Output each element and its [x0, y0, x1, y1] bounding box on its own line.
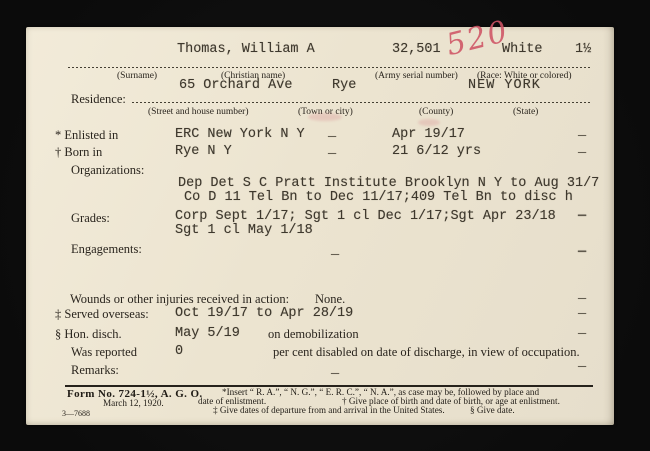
disability-note: per cent disabled on date of discharge, … — [273, 346, 580, 359]
army-serial-number: 32,501 — [392, 43, 441, 57]
soldier-name: Thomas, William A — [177, 43, 315, 57]
was-reported-label: Was reported — [71, 346, 137, 359]
born-mid-dash: — — [328, 148, 336, 162]
organizations-line2: Co D 11 Tel Bn to Dec 11/17;409 Tel Bn t… — [184, 191, 573, 205]
grades-end-dash: — — [578, 210, 586, 224]
enlisted-label: * Enlisted in — [55, 129, 118, 142]
remarks-mid-dash: — — [331, 368, 339, 382]
grades-line2: Sgt 1 cl May 1/18 — [175, 224, 313, 238]
corner-fraction: 1½ — [575, 43, 591, 57]
race-value: White — [502, 43, 543, 57]
organizations-line1: Dep Det S C Pratt Institute Brooklyn N Y… — [178, 177, 599, 191]
hon-disch-value: May 5/19 — [175, 327, 240, 341]
enlisted-mid-dash: — — [328, 131, 336, 145]
county-label: (County) — [419, 107, 453, 117]
state-label: (State) — [513, 107, 538, 117]
footnote-line5: § Give date. — [470, 406, 515, 416]
remarks-end-dash: — — [578, 361, 586, 375]
served-overseas-value: Oct 19/17 to Apr 28/19 — [175, 307, 353, 321]
hon-disch-note: on demobilization — [268, 328, 359, 341]
grades-label: Grades: — [71, 212, 110, 225]
surname-label: (Surname) — [117, 71, 157, 81]
residence-label: Residence: — [71, 93, 126, 106]
enlisted-date: Apr 19/17 — [392, 128, 465, 142]
remarks-label: Remarks: — [71, 364, 119, 377]
footnote-line4: ‡ Give dates of departure from and arriv… — [213, 406, 445, 416]
grades-line1: Corp Sept 1/17; Sgt 1 cl Dec 1/17;Sgt Ap… — [175, 210, 556, 224]
residence-dotted-rule — [132, 102, 592, 104]
header-dotted-rule — [68, 67, 592, 69]
born-date: 21 6/12 yrs — [392, 145, 481, 159]
served-overseas-end-dash: — — [578, 308, 586, 322]
wounds-value: None. — [315, 293, 345, 306]
residence-town-value: Rye — [332, 79, 356, 93]
residence-state-value: NEW YORK — [468, 79, 541, 93]
wounds-label: Wounds or other injuries received in act… — [70, 293, 289, 306]
engagements-label: Engagements: — [71, 243, 142, 256]
engagements-mid-dash: — — [331, 249, 339, 263]
street-label: (Street and house number) — [148, 107, 249, 117]
hon-disch-label: § Hon. disch. — [55, 328, 122, 341]
engagements-end-dash: — — [578, 246, 586, 260]
service-record-card: Thomas, William A 32,501 520 White 1½ (S… — [26, 27, 614, 425]
enlisted-end-dash: — — [578, 130, 586, 144]
born-value: Rye N Y — [175, 145, 232, 159]
born-end-dash: — — [578, 147, 586, 161]
wounds-end-dash: — — [578, 293, 586, 307]
organizations-label: Organizations: — [71, 164, 144, 177]
hon-disch-end-dash: — — [578, 328, 586, 342]
army-serial-label: (Army serial number) — [375, 71, 458, 81]
born-label: † Born in — [55, 146, 102, 159]
red-smudge — [418, 119, 440, 126]
served-overseas-label: ‡ Served overseas: — [55, 308, 149, 321]
print-code: 3—7688 — [62, 409, 90, 418]
form-date: March 12, 1920. — [103, 399, 164, 409]
red-smudge — [308, 113, 342, 121]
disability-value: 0 — [175, 345, 183, 359]
residence-street-value: 65 Orchard Ave — [179, 79, 292, 93]
enlisted-value: ERC New York N Y — [175, 128, 305, 142]
